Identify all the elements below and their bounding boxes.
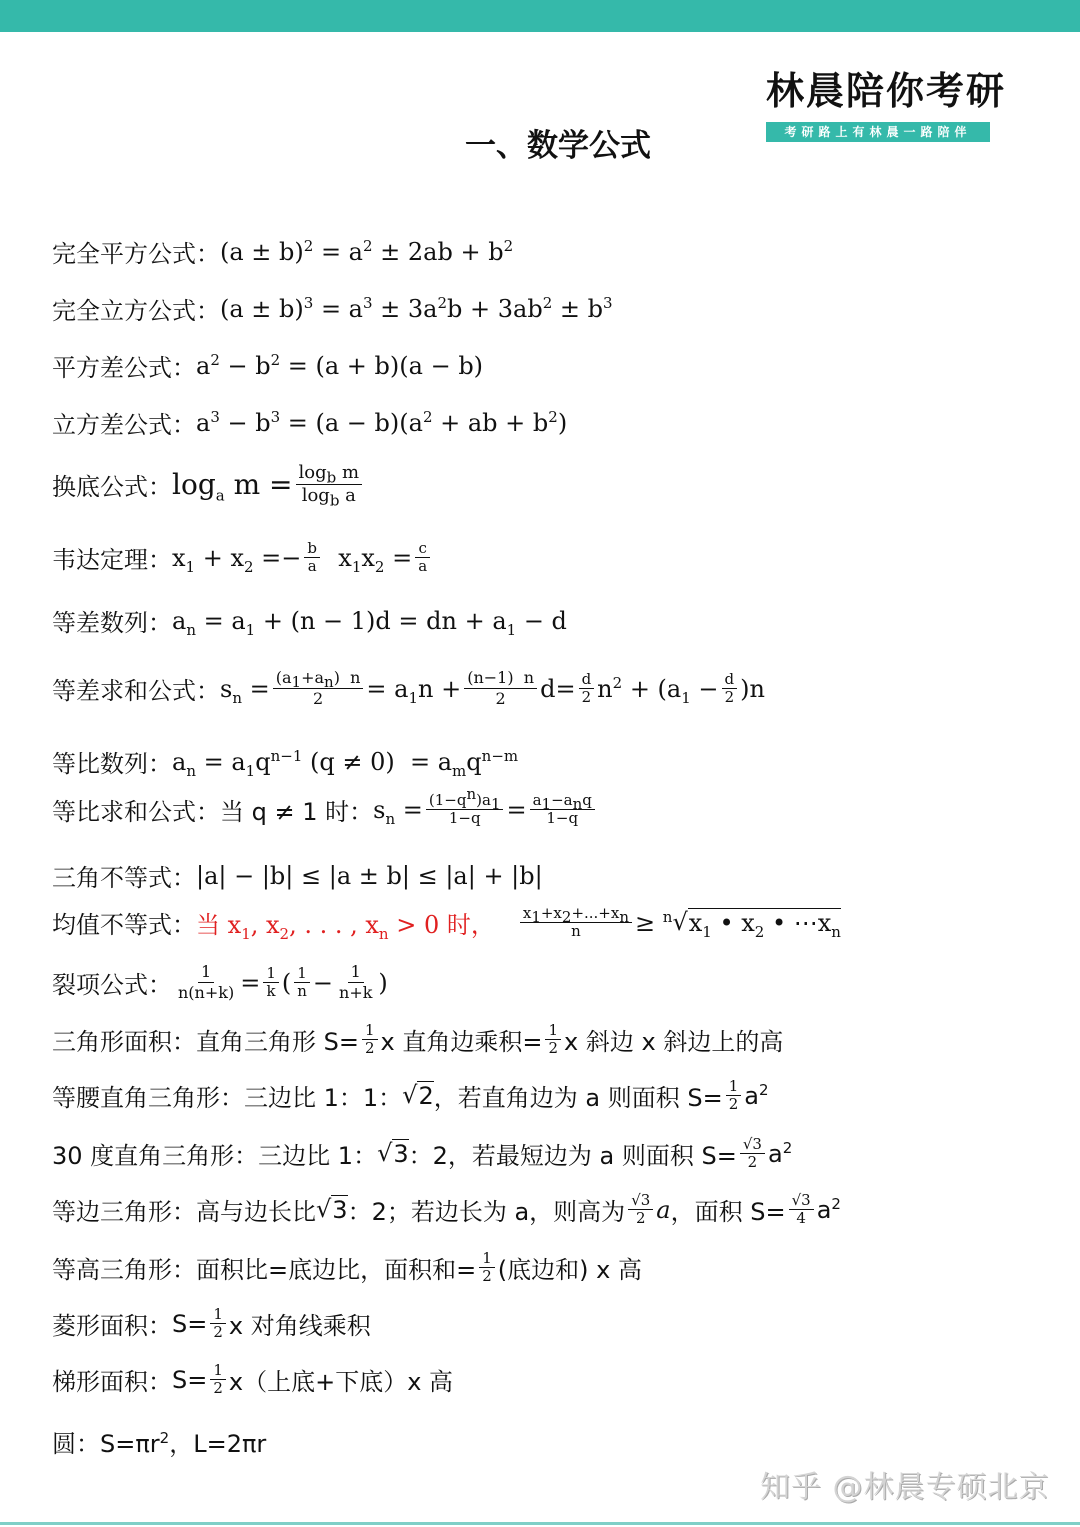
formula-expr: S=πr2，L=2πr	[100, 1424, 266, 1459]
text-part: 面积比=底边比，面积和=	[196, 1250, 476, 1285]
formula-trapezoid-area: 梯形面积： S= 12 x（上底+下底）x 高	[52, 1362, 453, 1397]
text-part: x 直角边乘积=	[381, 1022, 543, 1057]
formula-expr-part: d=	[540, 675, 575, 703]
condition-when: 当	[196, 911, 220, 939]
fraction: 12	[479, 1250, 495, 1285]
fraction: (a1+an) n2	[273, 668, 364, 709]
fraction: (1−qn)a11−q	[426, 792, 504, 827]
fraction: √34	[789, 1192, 814, 1227]
formula-label: 等差求和公式：	[52, 671, 220, 706]
formula-geometric-sum: 等比求和公式： 当 q ≠ 1 时： sn = (1−qn)a11−q = a1…	[52, 792, 598, 827]
formula-expr: sn =	[373, 796, 423, 824]
formula-expr-part: x1x2 =	[323, 544, 412, 572]
formula-expr-part: =	[240, 969, 260, 997]
formula-label: 30 度直角三角形：	[52, 1136, 258, 1171]
fraction: a1−anq1−q	[530, 792, 595, 827]
formula-label: 等腰直角三角形：	[52, 1078, 244, 1113]
text-part: ：2，若最短边为 a 则面积 S=	[409, 1136, 737, 1171]
formula-label: 完全平方公式：	[52, 234, 220, 269]
formula-expr: sn =	[220, 675, 270, 703]
fraction: ca	[415, 540, 430, 575]
formula-label: 三角形面积：	[52, 1022, 196, 1057]
formula-perfect-square: 完全平方公式： (a ± b)2 = a2 ± 2ab + b2	[52, 234, 513, 269]
fraction: 12	[210, 1362, 226, 1397]
formula-expr-part: )	[378, 969, 387, 997]
text-part: 三边比 1：1：	[244, 1078, 402, 1113]
text-part: ：2；若边长为 a，则高为	[348, 1192, 626, 1227]
watermark: 知乎 @林晨专硕北京	[760, 1462, 1050, 1506]
fraction: 1n+k	[336, 962, 375, 1003]
formula-partial-fraction: 裂项公式： 1n(n+k) = 1k ( 1n − 1n+k )	[52, 962, 388, 1003]
fraction: 1k	[263, 965, 279, 1000]
formula-expr-part: = a1n +	[366, 675, 461, 703]
formula-label: 平方差公式：	[52, 348, 196, 383]
fraction: 1n	[294, 965, 310, 1000]
text-part: ，面积 S=	[671, 1192, 786, 1227]
text-part: S=	[172, 1310, 207, 1338]
formula-expr-part: n2 + (a1 −	[597, 675, 718, 703]
formula-triangle-inequality: 三角不等式： |a| − |b| ≤ |a ± b| ≤ |a| + |b|	[52, 858, 543, 893]
formula-label: 菱形面积：	[52, 1306, 172, 1341]
fraction: 12	[545, 1022, 561, 1057]
formula-label: 换底公式：	[52, 467, 172, 502]
text-part: x（上底+下底）x 高	[229, 1362, 453, 1397]
formula-expr-part: ≥ n	[635, 909, 672, 937]
sqrt: √2	[402, 1081, 434, 1110]
brand-title: 林晨陪你考研	[766, 68, 1016, 114]
formula-expr: (a ± b)3 = a3 ± 3a2b + 3ab2 ± b3	[220, 295, 613, 323]
text-part: ，若直角边为 a 则面积 S=	[434, 1078, 723, 1113]
formula-equilateral-triangle: 等边三角形： 高与边长比 √3 ：2；若边长为 a，则高为 √32 a ，面积 …	[52, 1192, 841, 1227]
formula-label: 梯形面积：	[52, 1362, 172, 1397]
formula-expr: |a| − |b| ≤ |a ± b| ≤ |a| + |b|	[196, 862, 543, 890]
formula-30-degree-triangle: 30 度直角三角形： 三边比 1： √3 ：2，若最短边为 a 则面积 S= √…	[52, 1136, 792, 1171]
text-part: 三边比 1：	[258, 1136, 377, 1171]
formula-label: 等差数列：	[52, 603, 172, 638]
formula-arithmetic-sum: 等差求和公式： sn = (a1+an) n2 = a1n + (n−1) n2…	[52, 668, 765, 709]
formula-geometric-sequence: 等比数列： an = a1qn−1 (q ≠ 0) = amqn−m	[52, 744, 518, 779]
condition-tail: 时，	[447, 911, 495, 939]
formula-label: 圆：	[52, 1424, 100, 1459]
fraction: 12	[210, 1306, 226, 1341]
fraction: (n−1) n2	[464, 668, 537, 709]
formula-expr-part: =	[506, 796, 526, 824]
formula-label: 均值不等式：	[52, 905, 196, 940]
formula-circle: 圆： S=πr2，L=2πr	[52, 1424, 266, 1459]
formula-label: 等比求和公式：	[52, 792, 220, 827]
formula-change-of-base: 换底公式： loga m = logb mlogb a	[52, 462, 365, 507]
text-part: (底边和) x 高	[498, 1250, 642, 1285]
formula-label: 等比数列：	[52, 744, 172, 779]
formula-label: 立方差公式：	[52, 405, 196, 440]
formula-am-gm: 均值不等式： 当 x1, x2, . . . , xn > 0 时， x1+x2…	[52, 905, 841, 940]
text-part: x 斜边 x 斜边上的高	[564, 1022, 783, 1057]
formula-difference-of-cubes: 立方差公式： a3 − b3 = (a − b)(a2 + ab + b2)	[52, 405, 567, 440]
fraction: ba	[304, 540, 320, 575]
text-part: 高与边长比	[196, 1192, 316, 1227]
formula-isosceles-right-triangle: 等腰直角三角形： 三边比 1：1： √2 ，若直角边为 a 则面积 S= 12 …	[52, 1078, 769, 1113]
formula-expr: loga m =	[172, 468, 293, 501]
fraction: logb mlogb a	[296, 462, 363, 507]
top-accent-bar	[0, 0, 1080, 32]
condition-text: 当 q ≠ 1 时：	[220, 792, 373, 827]
formula-expr-part: (	[282, 969, 291, 997]
formula-triangle-area: 三角形面积： 直角三角形 S= 12 x 直角边乘积= 12 x 斜边 x 斜边…	[52, 1022, 783, 1057]
condition-text: 当 x1, x2, . . . , xn > 0 时，	[196, 905, 495, 940]
sqrt: √3	[377, 1139, 409, 1168]
formula-vieta: 韦达定理： x1 + x2 =− ba x1x2 = ca	[52, 540, 433, 575]
formula-expr: an = a1 + (n − 1)d = dn + a1 − d	[172, 607, 567, 635]
fraction: d2	[722, 671, 738, 706]
formula-rhombus-area: 菱形面积： S= 12 x 对角线乘积	[52, 1306, 371, 1341]
formula-label: 三角不等式：	[52, 858, 196, 893]
formula-equal-height-triangle: 等高三角形： 面积比=底边比，面积和= 12 (底边和) x 高	[52, 1250, 642, 1285]
text-part: x 对角线乘积	[229, 1306, 371, 1341]
formula-expr-part: )n	[740, 675, 765, 703]
fraction: √32	[628, 1192, 653, 1227]
formula-expr: an = a1qn−1 (q ≠ 0) = amqn−m	[172, 748, 518, 776]
page-title: 一、数学公式	[0, 120, 1080, 165]
formula-label: 等边三角形：	[52, 1192, 196, 1227]
formula-expr: x1 + x2 =−	[172, 544, 301, 572]
fraction: 12	[362, 1022, 378, 1057]
text-part: 直角三角形 S=	[196, 1022, 359, 1057]
formula-label: 完全立方公式：	[52, 291, 220, 326]
formula-label: 韦达定理：	[52, 540, 172, 575]
fraction: √32	[740, 1136, 765, 1171]
formula-label: 裂项公式：	[52, 965, 172, 1000]
formula-expr: a2 − b2 = (a + b)(a − b)	[196, 352, 483, 380]
formula-difference-of-squares: 平方差公式： a2 − b2 = (a + b)(a − b)	[52, 348, 483, 383]
bottom-accent-line	[0, 1522, 1080, 1525]
formula-perfect-cube: 完全立方公式： (a ± b)3 = a3 ± 3a2b + 3ab2 ± b3	[52, 291, 613, 326]
formula-arithmetic-sequence: 等差数列： an = a1 + (n − 1)d = dn + a1 − d	[52, 603, 567, 638]
fraction: x1+x2+...+xnn	[520, 905, 632, 940]
sqrt: √3	[316, 1195, 348, 1224]
formula-expr: a3 − b3 = (a − b)(a2 + ab + b2)	[196, 409, 567, 437]
formula-expr: (a ± b)2 = a2 ± 2ab + b2	[220, 238, 513, 266]
fraction: d2	[579, 671, 595, 706]
fraction: 1n(n+k)	[175, 962, 237, 1003]
text-part: S=	[172, 1366, 207, 1394]
formula-expr-part: −	[313, 969, 333, 997]
formula-label: 等高三角形：	[52, 1250, 196, 1285]
nth-root: √x1 • x2 • ⋯xn	[672, 908, 841, 937]
fraction: 12	[726, 1078, 742, 1113]
